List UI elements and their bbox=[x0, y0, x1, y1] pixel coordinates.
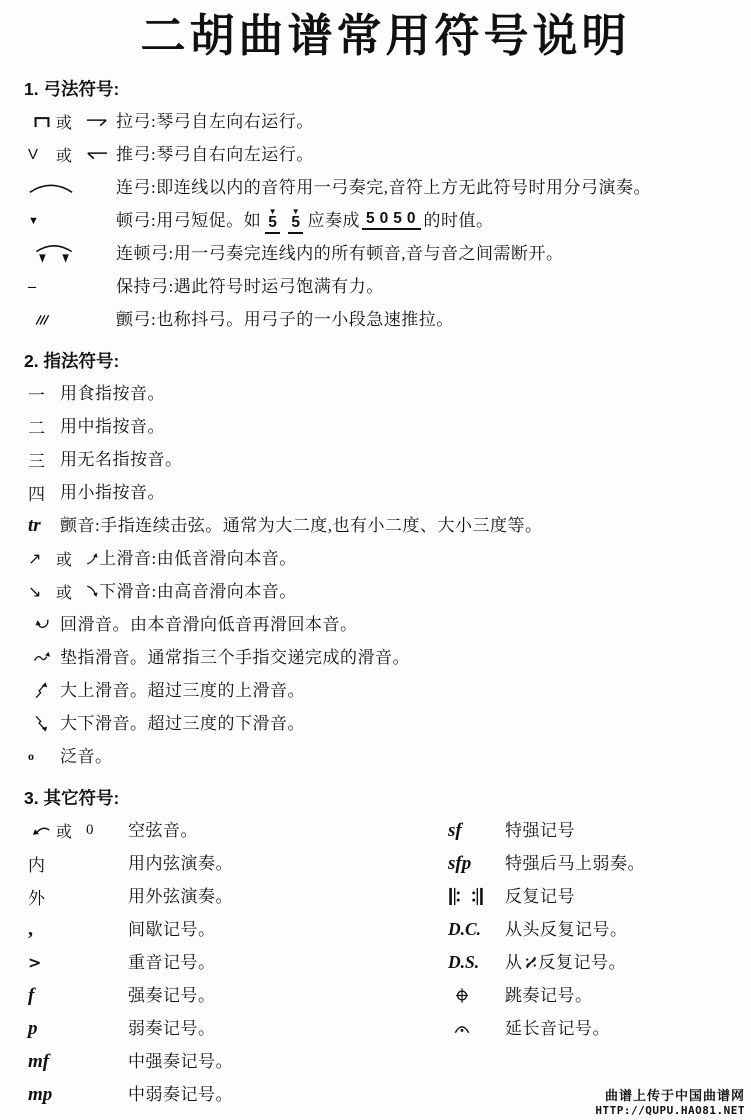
symbol-row: 颤弓:也称抖弓。用弓子的一小段急速推拉。 bbox=[28, 303, 743, 336]
columns: 或0空弦音。内用内弦演奏。外用外弦演奏。,间歇记号。>重音记号。f强奏记号。p弱… bbox=[28, 814, 743, 1111]
slur-icon bbox=[28, 181, 74, 194]
symbol-cell: ↘或 bbox=[28, 580, 99, 603]
symbol-description: 用内弦演奏。 bbox=[128, 853, 233, 875]
wave-glide-icon bbox=[28, 651, 56, 664]
symbol-description: 空弦音。 bbox=[128, 820, 198, 842]
slur-staccato-icon bbox=[28, 243, 80, 264]
section-heading: 3. 其它符号: bbox=[24, 785, 743, 810]
symbol-cell: 一 bbox=[28, 381, 60, 406]
symbol-row: 内用内弦演奏。 bbox=[28, 847, 448, 880]
symbol-description: 大下滑音。超过三度的下滑音。 bbox=[60, 713, 305, 735]
symbol-description: 弱奏记号。 bbox=[128, 1018, 216, 1040]
symbol-row: 四用小指按音。 bbox=[28, 476, 743, 509]
symbol-cell: f bbox=[28, 985, 128, 1007]
text-part: 泛音。 bbox=[60, 746, 113, 768]
text-part: D.C. bbox=[448, 919, 481, 940]
symbol-cell: , bbox=[28, 918, 128, 941]
symbol-description: 从头反复记号。 bbox=[505, 919, 628, 941]
symbol-description: 连顿弓:用一弓奏完连线内的所有顿音,音与音之间需断开。 bbox=[116, 243, 563, 265]
symbol-cell bbox=[448, 987, 505, 1004]
symbol-description: 顿弓:用弓短促。如▼5▼5应奏成5050的时值。 bbox=[116, 208, 493, 234]
text-part: 四 bbox=[28, 480, 56, 505]
symbol-description: 特强后马上弱奏。 bbox=[505, 853, 645, 875]
sections-container: 1. 弓法符号:或拉弓:琴弓自左向右运行。V或推弓:琴弓自右向左运行。连弓:即连… bbox=[28, 76, 743, 1111]
symbol-cell: 四 bbox=[28, 480, 60, 505]
down-bow-icon bbox=[28, 116, 56, 128]
text-part: 二 bbox=[28, 414, 56, 439]
watermark: 曲谱上传于中国曲谱网 HTTP://QUPU.HAO81.NET bbox=[595, 1085, 745, 1117]
text-part: 回滑音。由本音滑向低音再滑回本音。 bbox=[60, 614, 358, 636]
text-part: D.S. bbox=[448, 952, 479, 973]
symbol-row: 大上滑音。超过三度的上滑音。 bbox=[28, 674, 743, 707]
text-part: 保持弓:遇此符号时运弓饱满有力。 bbox=[116, 276, 384, 298]
symbol-cell bbox=[448, 1023, 505, 1034]
symbol-description: 颤音:手指连续击弦。通常为大二度,也有小二度、大小三度等。 bbox=[60, 515, 542, 537]
symbol-row: o泛音。 bbox=[28, 740, 743, 773]
symbol-row: D.S.从反复记号。 bbox=[448, 946, 743, 979]
text-part: 用内弦演奏。 bbox=[128, 853, 233, 875]
symbol-description: 间歇记号。 bbox=[128, 919, 216, 941]
symbol-cell: 外 bbox=[28, 884, 128, 909]
text-part: sfp bbox=[448, 853, 476, 875]
symbol-cell bbox=[28, 715, 60, 732]
text-part: 反复记号 bbox=[505, 886, 575, 908]
symbol-row: 反复记号 bbox=[448, 880, 743, 913]
symbol-cell: tr bbox=[28, 515, 60, 537]
text-part: 推弓:琴弓自右向左运行。 bbox=[116, 144, 314, 166]
text-part: 一 bbox=[28, 381, 56, 406]
symbol-row: sfp特强后马上弱奏。 bbox=[448, 847, 743, 880]
symbol-row: ,间歇记号。 bbox=[28, 913, 448, 946]
symbol-description: 连弓:即连线以内的音符用一弓奏完,音符上方无此符号时用分弓演奏。 bbox=[116, 177, 651, 199]
text-part: 拉弓:琴弓自左向右运行。 bbox=[116, 111, 314, 133]
text-part: 从头反复记号。 bbox=[505, 919, 628, 941]
fermata-icon bbox=[448, 1023, 476, 1034]
text-part: 上滑音:由低音滑向本音。 bbox=[99, 548, 297, 570]
text-part: tr bbox=[28, 515, 56, 537]
symbol-cell: ▼ bbox=[28, 215, 116, 227]
column-right: sf特强记号sfp特强后马上弱奏。反复记号D.C.从头反复记号。D.S.从反复记… bbox=[448, 814, 743, 1045]
symbol-cell: 三 bbox=[28, 447, 60, 472]
text-part: 或 bbox=[56, 143, 86, 166]
symbol-cell bbox=[28, 651, 60, 664]
symbol-description: 上滑音:由低音滑向本音。 bbox=[99, 548, 297, 570]
text-part: 0 bbox=[86, 822, 94, 839]
text-part: mp bbox=[28, 1084, 56, 1106]
symbol-row: mf中强奏记号。 bbox=[28, 1045, 448, 1078]
symbol-row: 垫指滑音。通常指三个手指交递完成的滑音。 bbox=[28, 641, 743, 674]
staccato-note: ▼5 bbox=[288, 208, 303, 234]
symbol-cell: 或 bbox=[28, 110, 116, 133]
pull-arrow-icon bbox=[86, 116, 108, 127]
text-part: 或 bbox=[56, 110, 86, 133]
text-part: V bbox=[28, 146, 56, 163]
symbol-row: 或0空弦音。 bbox=[28, 814, 448, 847]
symbol-row: tr颤音:手指连续击弦。通常为大二度,也有小二度、大小三度等。 bbox=[28, 509, 743, 542]
symbol-cell: sf bbox=[448, 820, 505, 842]
symbol-description: 重音记号。 bbox=[128, 952, 216, 974]
symbol-row: 或拉弓:琴弓自左向右运行。 bbox=[28, 105, 743, 138]
note-digit: 5 bbox=[288, 215, 303, 234]
symbol-row: 延长音记号。 bbox=[448, 1012, 743, 1045]
text-part: ↘ bbox=[28, 582, 56, 601]
text-part: 用中指按音。 bbox=[60, 416, 165, 438]
symbol-description: 延长音记号。 bbox=[505, 1018, 610, 1040]
text-part: 应奏成 bbox=[307, 210, 360, 232]
watermark-site-name: 曲谱上传于中国曲谱网 bbox=[595, 1085, 745, 1104]
repeat-icon bbox=[448, 887, 484, 906]
section-heading: 1. 弓法符号: bbox=[24, 76, 743, 101]
symbol-row: 跳奏记号。 bbox=[448, 979, 743, 1012]
text-part: p bbox=[28, 1018, 56, 1040]
staccato-note: ▼5 bbox=[265, 208, 280, 234]
text-part: 用无名指按音。 bbox=[60, 449, 183, 471]
symbol-cell bbox=[28, 682, 60, 699]
text-part: 用外弦演奏。 bbox=[128, 886, 233, 908]
symbol-description: 特强记号 bbox=[505, 820, 575, 842]
return-glide-icon bbox=[28, 618, 56, 631]
section-bowing: 1. 弓法符号:或拉弓:琴弓自左向右运行。V或推弓:琴弓自右向左运行。连弓:即连… bbox=[28, 76, 743, 336]
text-part: ▼ bbox=[28, 215, 56, 227]
page-title: 二胡曲谱常用符号说明 bbox=[28, 8, 743, 64]
symbol-row: –保持弓:遇此符号时运弓饱满有力。 bbox=[28, 270, 743, 303]
text-part: 下滑音:由高音滑向本音。 bbox=[99, 581, 297, 603]
symbol-cell: sfp bbox=[448, 853, 505, 875]
text-part: 或 bbox=[56, 580, 86, 603]
symbol-row: ▼顿弓:用弓短促。如▼5▼5应奏成5050的时值。 bbox=[28, 204, 743, 237]
symbol-row: ↘或下滑音:由高音滑向本音。 bbox=[28, 575, 743, 608]
text-part: 颤音:手指连续击弦。通常为大二度,也有小二度、大小三度等。 bbox=[60, 515, 542, 537]
text-part: sf bbox=[448, 820, 476, 842]
symbol-description: 用小指按音。 bbox=[60, 482, 165, 504]
text-part: 大上滑音。超过三度的上滑音。 bbox=[60, 680, 305, 702]
text-part: 延长音记号。 bbox=[505, 1018, 610, 1040]
symbol-row: V或推弓:琴弓自右向左运行。 bbox=[28, 138, 743, 171]
symbol-description: 拉弓:琴弓自左向右运行。 bbox=[116, 111, 314, 133]
symbol-cell: p bbox=[28, 1018, 128, 1040]
symbol-description: 用食指按音。 bbox=[60, 383, 165, 405]
zigzag-down-icon bbox=[28, 715, 56, 732]
symbol-row: p弱奏记号。 bbox=[28, 1012, 448, 1045]
symbol-cell: D.C. bbox=[448, 919, 505, 940]
symbol-cell: mp bbox=[28, 1084, 128, 1106]
text-part: 弱奏记号。 bbox=[128, 1018, 216, 1040]
symbol-description: 下滑音:由高音滑向本音。 bbox=[99, 581, 297, 603]
text-part: 间歇记号。 bbox=[128, 919, 216, 941]
text-part: > bbox=[28, 953, 56, 972]
text-part: o bbox=[28, 749, 56, 764]
section-other: 3. 其它符号:或0空弦音。内用内弦演奏。外用外弦演奏。,间歇记号。>重音记号。… bbox=[28, 785, 743, 1111]
text-part: f bbox=[28, 985, 56, 1007]
symbol-description: 垫指滑音。通常指三个手指交递完成的滑音。 bbox=[60, 647, 410, 669]
note-digit: 5 bbox=[265, 215, 280, 234]
symbol-cell: 或0 bbox=[28, 819, 128, 842]
symbol-description: 推弓:琴弓自右向左运行。 bbox=[116, 144, 314, 166]
curve-down-arrow-icon bbox=[86, 585, 99, 598]
symbol-description: 泛音。 bbox=[60, 746, 113, 768]
symbol-cell bbox=[28, 243, 116, 264]
symbol-row: 二用中指按音。 bbox=[28, 410, 743, 443]
zigzag-up-icon bbox=[28, 682, 56, 699]
text-part: mf bbox=[28, 1051, 56, 1073]
text-part: ↗ bbox=[28, 549, 56, 568]
text-part: 连弓:即连线以内的音符用一弓奏完,音符上方无此符号时用分弓演奏。 bbox=[116, 177, 651, 199]
text-part: 跳奏记号。 bbox=[505, 985, 593, 1007]
symbol-row: 三用无名指按音。 bbox=[28, 443, 743, 476]
text-part: 反复记号。 bbox=[539, 952, 627, 974]
symbol-cell: 二 bbox=[28, 414, 60, 439]
symbol-cell: D.S. bbox=[448, 952, 505, 973]
symbol-description: 强奏记号。 bbox=[128, 985, 216, 1007]
symbol-row: D.C.从头反复记号。 bbox=[448, 913, 743, 946]
symbol-row: 连顿弓:用一弓奏完连线内的所有顿音,音与音之间需断开。 bbox=[28, 237, 743, 270]
text-part: 特强记号 bbox=[505, 820, 575, 842]
coda-icon bbox=[448, 987, 476, 1004]
symbol-description: 从反复记号。 bbox=[505, 952, 626, 974]
symbol-description: 中强奏记号。 bbox=[128, 1051, 233, 1073]
text-part: 垫指滑音。通常指三个手指交递完成的滑音。 bbox=[60, 647, 410, 669]
symbol-row: 大下滑音。超过三度的下滑音。 bbox=[28, 707, 743, 740]
symbol-cell: > bbox=[28, 953, 128, 972]
watermark-site-url: HTTP://QUPU.HAO81.NET bbox=[595, 1104, 745, 1117]
sheet-page: 二胡曲谱常用符号说明 1. 弓法符号:或拉弓:琴弓自左向右运行。V或推弓:琴弓自… bbox=[0, 8, 751, 1111]
symbol-cell bbox=[28, 312, 116, 327]
text-part: 大下滑音。超过三度的下滑音。 bbox=[60, 713, 305, 735]
symbol-row: 回滑音。由本音滑向低音再滑回本音。 bbox=[28, 608, 743, 641]
text-part: , bbox=[28, 918, 56, 941]
text-part: 空弦音。 bbox=[128, 820, 198, 842]
symbol-cell bbox=[28, 618, 60, 631]
symbol-cell: o bbox=[28, 749, 60, 764]
symbol-cell bbox=[28, 181, 116, 194]
symbol-description: 用中指按音。 bbox=[60, 416, 165, 438]
text-part: 用食指按音。 bbox=[60, 383, 165, 405]
push-arrow-icon bbox=[86, 149, 108, 160]
symbol-description: 颤弓:也称抖弓。用弓子的一小段急速推拉。 bbox=[116, 309, 454, 331]
text-part: 强奏记号。 bbox=[128, 985, 216, 1007]
symbol-cell: mf bbox=[28, 1051, 128, 1073]
symbol-cell: 内 bbox=[28, 851, 128, 876]
section-fingering: 2. 指法符号:一用食指按音。二用中指按音。三用无名指按音。四用小指按音。tr颤… bbox=[28, 348, 743, 773]
symbol-row: 连弓:即连线以内的音符用一弓奏完,音符上方无此符号时用分弓演奏。 bbox=[28, 171, 743, 204]
text-part: 用小指按音。 bbox=[60, 482, 165, 504]
symbol-description: 跳奏记号。 bbox=[505, 985, 593, 1007]
symbol-cell: V或 bbox=[28, 143, 116, 166]
text-part: 内 bbox=[28, 851, 56, 876]
rows: 或拉弓:琴弓自左向右运行。V或推弓:琴弓自右向左运行。连弓:即连线以内的音符用一… bbox=[28, 105, 743, 336]
text-part: 5050 bbox=[362, 211, 421, 230]
symbol-row: >重音记号。 bbox=[28, 946, 448, 979]
symbol-cell: – bbox=[28, 278, 116, 296]
text-part: 中强奏记号。 bbox=[128, 1051, 233, 1073]
text-part: 连顿弓:用一弓奏完连线内的所有顿音,音与音之间需断开。 bbox=[116, 243, 563, 265]
text-part: 特强后马上弱奏。 bbox=[505, 853, 645, 875]
text-part: 三 bbox=[28, 447, 56, 472]
text-part: 中弱奏记号。 bbox=[128, 1084, 233, 1106]
text-part: 颤弓:也称抖弓。用弓子的一小段急速推拉。 bbox=[116, 309, 454, 331]
symbol-description: 用无名指按音。 bbox=[60, 449, 183, 471]
text-part: – bbox=[28, 278, 56, 296]
text-part: 从 bbox=[505, 952, 523, 974]
text-part: 外 bbox=[28, 884, 56, 909]
segno-icon bbox=[525, 955, 537, 970]
symbol-row: mp中弱奏记号。 bbox=[28, 1078, 448, 1111]
symbol-description: 大上滑音。超过三度的上滑音。 bbox=[60, 680, 305, 702]
tremolo-icon bbox=[28, 312, 56, 327]
symbol-cell: ↗或 bbox=[28, 547, 99, 570]
rows: 一用食指按音。二用中指按音。三用无名指按音。四用小指按音。tr颤音:手指连续击弦… bbox=[28, 377, 743, 773]
symbol-row: f强奏记号。 bbox=[28, 979, 448, 1012]
symbol-description: 用外弦演奏。 bbox=[128, 886, 233, 908]
open-string-icon bbox=[28, 826, 56, 836]
text-part: 或 bbox=[56, 819, 86, 842]
curve-up-arrow-icon bbox=[86, 552, 99, 565]
section-heading: 2. 指法符号: bbox=[24, 348, 743, 373]
symbol-row: sf特强记号 bbox=[448, 814, 743, 847]
text-part: 顿弓:用弓短促。如 bbox=[116, 210, 261, 232]
symbol-description: 反复记号 bbox=[505, 886, 575, 908]
symbol-description: 保持弓:遇此符号时运弓饱满有力。 bbox=[116, 276, 384, 298]
text-part: 或 bbox=[56, 547, 86, 570]
symbol-cell bbox=[448, 887, 505, 906]
symbol-row: 一用食指按音。 bbox=[28, 377, 743, 410]
symbol-row: 外用外弦演奏。 bbox=[28, 880, 448, 913]
symbol-description: 回滑音。由本音滑向低音再滑回本音。 bbox=[60, 614, 358, 636]
symbol-description: 中弱奏记号。 bbox=[128, 1084, 233, 1106]
text-part: 的时值。 bbox=[423, 210, 493, 232]
text-part: 重音记号。 bbox=[128, 952, 216, 974]
column-left: 或0空弦音。内用内弦演奏。外用外弦演奏。,间歇记号。>重音记号。f强奏记号。p弱… bbox=[28, 814, 448, 1111]
symbol-row: ↗或上滑音:由低音滑向本音。 bbox=[28, 542, 743, 575]
